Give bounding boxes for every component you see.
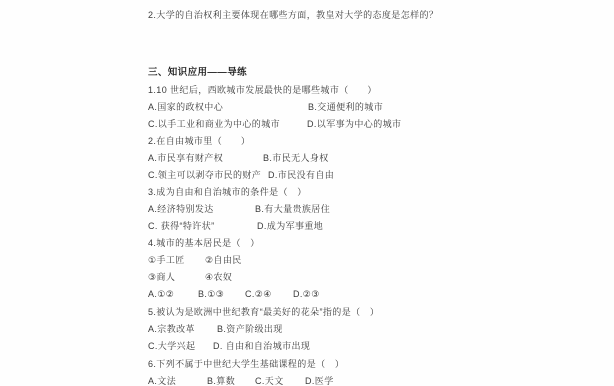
q4-item-4: ④农奴: [205, 272, 232, 282]
q4-item-1: ①手工匠: [148, 255, 185, 265]
q2-option-c: C.领主可以剥夺市民的财产: [148, 170, 261, 180]
q2-option-a: A.市民享有财产权: [148, 153, 223, 163]
q4-option-a: A.①②: [148, 289, 174, 299]
q2-option-b: B.市民无人身权: [263, 153, 329, 163]
worksheet-page: 2.大学的自治权利主要体现在哪些方面，教皇对大学的态度是怎样的？ 三、知识应用—…: [0, 0, 614, 386]
q3-text: 3.成为自由和自治城市的条件是（ ）: [148, 187, 307, 197]
q4-option-c: C.②④: [245, 289, 272, 299]
prior-question-text: 2.大学的自治权利主要体现在哪些方面，教皇对大学的态度是怎样的？: [148, 10, 438, 20]
q1-option-b: B.交通便利的城市: [308, 102, 383, 112]
q3-option-b: B.有大量贵族居住: [255, 204, 330, 214]
q1-text: 1.10 世纪后，西欧城市发展最快的是哪些城市（ ）: [148, 85, 377, 95]
q4-option-b: B.①③: [198, 289, 224, 299]
q3-option-c: C. 获得“特许状”: [148, 221, 215, 231]
q5-option-c: C.大学兴起: [148, 341, 195, 351]
q5-option-d: D. 自由和自治城市出现: [213, 341, 310, 351]
q4-item-3: ③商人: [148, 272, 175, 282]
q5-option-b: B.资产阶级出现: [217, 324, 283, 334]
q2-option-d: D.市民没有自由: [268, 170, 334, 180]
q2-text: 2.在自由城市里（ ）: [148, 136, 250, 146]
q4-text: 4.城市的基本居民是（ ）: [148, 238, 260, 248]
q6-option-c: C.天文: [255, 376, 284, 386]
q6-text: 6.下列不属于中世纪大学生基础课程的是（ ）: [148, 359, 344, 369]
section-heading: 三、知识应用——导练: [148, 68, 247, 78]
q4-item-2: ②自由民: [205, 255, 242, 265]
q1-option-a: A.国家的政权中心: [148, 102, 223, 112]
q5-text: 5.被认为是欧洲中世纪教育“最美好的花朵”指的是（ ）: [148, 307, 379, 317]
q1-option-d: D.以军事为中心的城市: [307, 119, 401, 129]
q6-option-a: A.文法: [148, 376, 176, 386]
q6-option-b: B.算数: [207, 376, 235, 386]
q5-option-a: A.宗教改革: [148, 324, 195, 334]
q3-option-d: D.成为军事重地: [257, 221, 323, 231]
q1-option-c: C.以手工业和商业为中心的城市: [148, 119, 280, 129]
q3-option-a: A.经济特别发达: [148, 204, 214, 214]
q6-option-d: D.医学: [305, 376, 334, 386]
q4-option-d: D.②③: [293, 289, 320, 299]
